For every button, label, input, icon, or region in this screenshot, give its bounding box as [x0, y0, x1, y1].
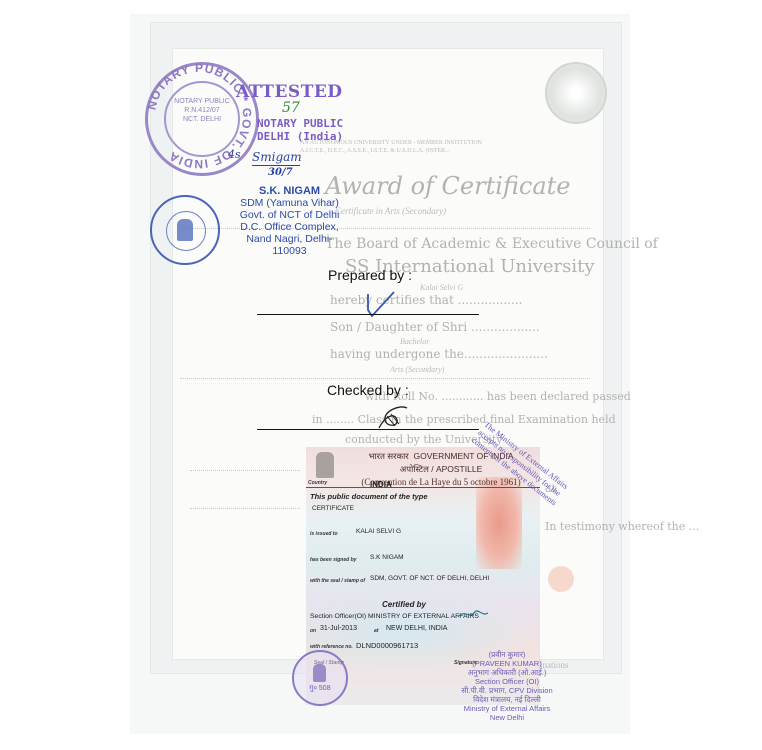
seal-of-value: SDM, GOVT. OF NCT. OF DELHI, DELHI: [370, 575, 489, 582]
divider: [180, 378, 590, 379]
university-seal: [545, 62, 607, 124]
handwritten-name: Kalai Selvi G: [420, 283, 463, 292]
signature-underline: [252, 165, 300, 166]
notary-title: NOTARY PUBLIC: [257, 117, 343, 130]
attested-stamp: ATTESTED: [236, 82, 343, 102]
doc-type-label: This public document of the type: [310, 492, 428, 501]
prepared-checkmark: [360, 288, 400, 328]
reference-value: DLND0000961713: [356, 641, 418, 650]
sdm-name: S.K. NIGAM: [232, 185, 347, 197]
place-value: NEW DELHI, INDIA: [386, 625, 447, 632]
handwritten-field: Arts (Secondary): [390, 365, 444, 374]
emblem-watermark-icon: [476, 477, 522, 569]
signed-by-value: S.K NIGAM: [370, 554, 404, 561]
date-value: 31-Jul-2013: [320, 625, 357, 632]
notary-signature: Smigam: [252, 150, 302, 164]
country-label: Country: [308, 480, 327, 486]
checked-signature-line: [257, 429, 479, 430]
mea-round-seal: गु० 508: [292, 650, 348, 706]
sdm-seal: [150, 195, 220, 265]
national-emblem-icon: [316, 452, 334, 478]
signature-initial: 4s: [228, 148, 241, 161]
certifier-value: Section Officer(OI) MINISTRY OF EXTERNAL…: [310, 613, 479, 620]
handwritten-course: Bachelor: [400, 337, 429, 346]
on-label: on: [310, 628, 316, 634]
notary-mark: 57: [282, 100, 300, 116]
issued-to-label: is issued to: [310, 531, 338, 537]
signed-by-label: has been signed by: [310, 557, 356, 563]
sdm-line: Nand Nagri, Delhi-110093: [232, 233, 347, 257]
notary-seal: NOTARY PUBLIC * GOVT. OF INDIA NOTARY PU…: [145, 62, 259, 176]
seal-of-label: with the seal / stamp of: [310, 578, 365, 584]
seal-line: R.N.412/07: [166, 106, 238, 115]
body-line: hereby certifies that .................: [330, 293, 522, 307]
sdm-stamp: S.K. NIGAM SDM (Yamuna Vihar) Govt. of N…: [232, 185, 347, 257]
body-line: in ........ Class in the prescribed fina…: [312, 413, 616, 426]
hologram-seal: [548, 566, 574, 592]
prepared-signature-line: [257, 314, 479, 315]
national-emblem-icon: [313, 664, 326, 682]
checked-by-label: Checked by :: [327, 382, 409, 398]
signature-date: 30/7: [268, 167, 293, 178]
at-label: at: [374, 628, 378, 634]
body-line: having undergone the....................…: [330, 347, 548, 361]
sdm-line: D.C. Office Complex,: [232, 221, 347, 233]
divider: [190, 508, 300, 509]
certificate-subheading: Certificate in Arts (Secondary): [335, 206, 446, 216]
prepared-by-label: Prepared by :: [328, 267, 412, 283]
section-officer-stamp: (प्रवीन कुमार) (PRAVEEN KUMAR) अनुभाग अध…: [432, 650, 582, 722]
notary-location: DELHI (India): [257, 130, 343, 143]
issued-to-value: KALAI SELVI G: [356, 528, 401, 535]
body-line: In testimony whereof the ...: [545, 520, 699, 533]
doc-type-value: CERTIFICATE: [312, 505, 354, 512]
seal-line: NCT. DELHI: [166, 115, 238, 124]
affiliation-line-2: A.I.C.T.E., D.E.C., A.S.S.E., I.S.T.E. &…: [300, 148, 550, 154]
reference-label: with reference no.: [310, 644, 353, 650]
seal-line: NOTARY PUBLIC: [166, 97, 238, 106]
notary-title-block: NOTARY PUBLIC DELHI (India): [257, 117, 343, 143]
certifier-signature: [456, 607, 490, 621]
national-emblem-icon: [177, 219, 193, 241]
checked-signature: [375, 402, 411, 432]
certified-by-label: Certified by: [382, 600, 426, 609]
divider: [190, 470, 300, 471]
board-line: The Board of Academic & Executive Counci…: [325, 236, 658, 252]
sdm-line: SDM (Yamuna Vihar): [232, 197, 347, 209]
certificate-heading: Award of Certificate: [325, 172, 571, 200]
sdm-line: Govt. of NCT of Delhi: [232, 209, 347, 221]
